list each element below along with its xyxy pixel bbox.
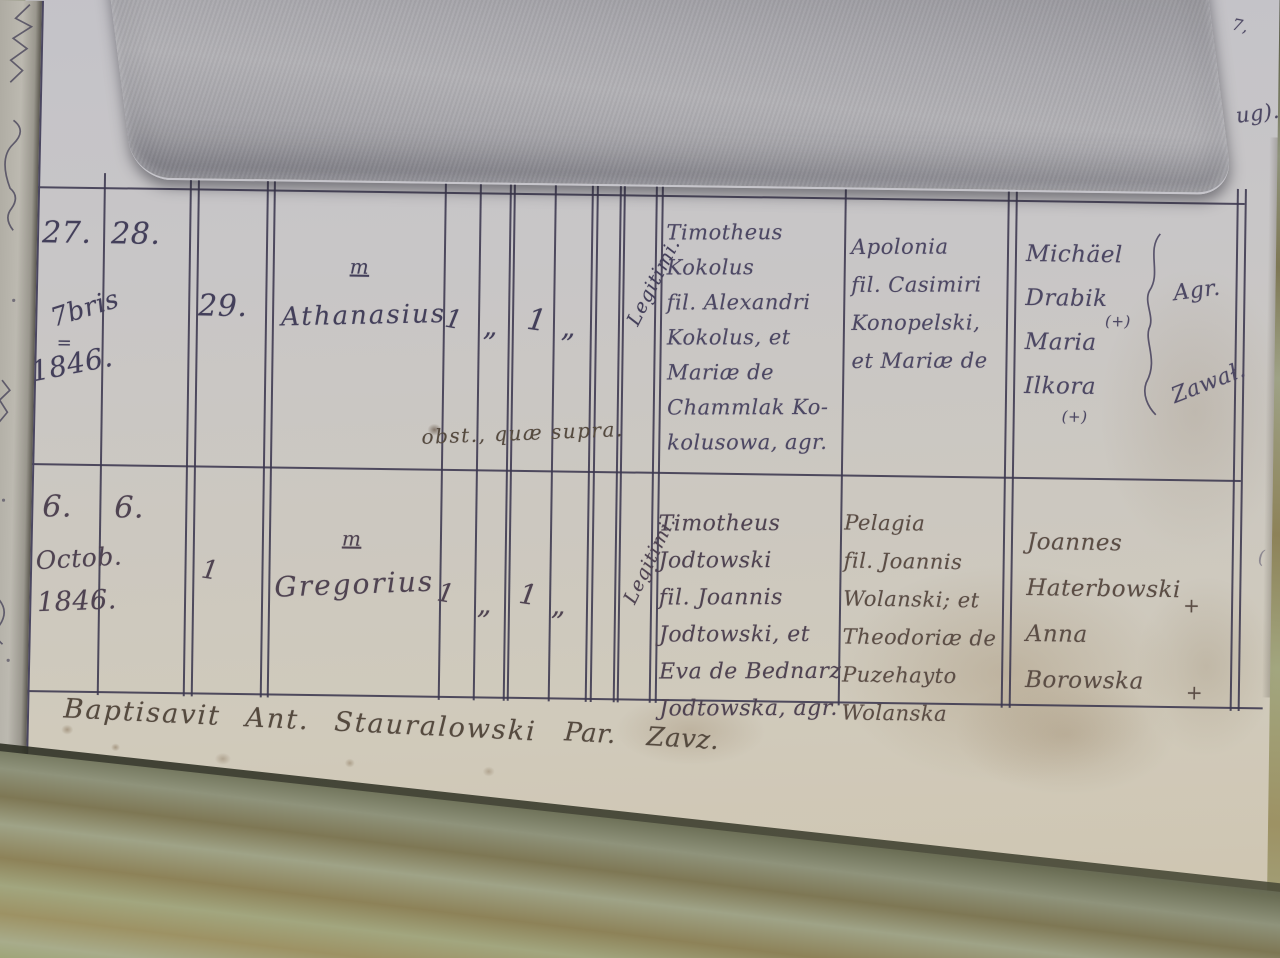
entry-godparent-cross: + (1183, 591, 1201, 619)
table-line (191, 174, 200, 696)
entry-date-month: Octob. (35, 538, 123, 578)
entry-tally-acatholic: „ (483, 306, 499, 345)
entry-godparent-cross: + (1186, 678, 1204, 706)
paper-speck (111, 743, 120, 751)
entry-house-number: 28. (111, 213, 161, 256)
paper-speck (345, 759, 355, 768)
entry-tally-girl: „ (551, 585, 567, 624)
entry-date-month: 7bris (46, 281, 123, 336)
entry-date-year: 1846. (27, 337, 116, 391)
entry-godparent-status: Agr. (1172, 274, 1223, 310)
entry-tally-girl: „ (561, 308, 577, 347)
footer-baptized-by: Baptisavit Ant. Stauralowski (63, 690, 538, 751)
table-line (267, 175, 276, 697)
entry-date-day: 27. (42, 212, 92, 255)
margin-mark: ug). (1234, 97, 1280, 132)
footer-parish: Par. Zavz. (563, 714, 720, 759)
table-line (183, 174, 192, 696)
entry-mother: Apolonia fil. Casimiri Konopelski, et Ma… (851, 227, 1012, 380)
entry-date-year: 1846. (36, 581, 117, 622)
paper-speck (483, 766, 495, 776)
entry-tally-catholic: 1 (434, 575, 458, 614)
margin-mark: 7, (1230, 14, 1250, 39)
entry-tally-boy: 1 (516, 574, 540, 616)
entry-child-name: Athanasius (281, 296, 447, 336)
entry-sex-mark: m (342, 524, 362, 552)
entry-godparent-cross: (+) (1062, 407, 1088, 428)
entry-date-day: 6. (42, 486, 72, 528)
entry-mother: Pelagia fil. Joannis Wolanski; et Theodo… (841, 503, 1009, 733)
entry-tally-acatholic: „ (477, 584, 493, 623)
entry-child-name: Gregorius (274, 562, 435, 607)
entry-sex-mark: m (350, 253, 370, 281)
entry-serial-number: 29. (198, 285, 248, 328)
entry-godparent-cross: (+) (1105, 311, 1131, 332)
entry-house-number: 6. (114, 487, 144, 529)
margin-mark: ( (1258, 545, 1266, 570)
photo-scene: 27. 7bris = 1846. 28. 29. m Athanasius 1… (0, 0, 1280, 958)
entry-father: Timotheus Kokolus fil. Alexandri Kokolus… (666, 215, 847, 461)
entry-serial-number: 1 (199, 552, 221, 591)
gray-leather-cover (100, 0, 1233, 195)
entry-tally-boy: 1 (524, 299, 550, 344)
table-line (26, 463, 1241, 481)
godparent-brace-icon (1138, 231, 1167, 421)
paper-speck (215, 753, 231, 765)
entry-father: Timotheus Jodtowski fil. Joannis Jodtows… (659, 505, 845, 728)
